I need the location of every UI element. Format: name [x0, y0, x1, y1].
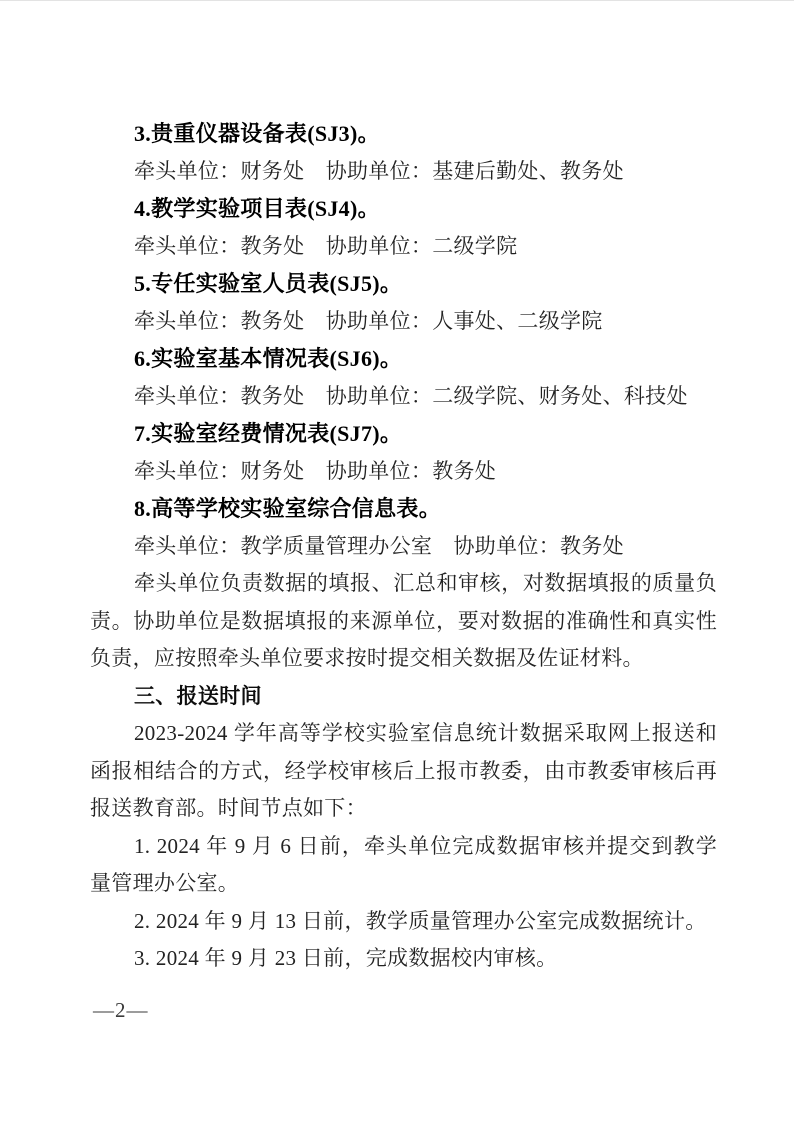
- table-item-3-units: 牵头单位：财务处 协助单位：基建后勤处、教务处: [90, 153, 717, 191]
- responsibility-paragraph-line: 责。协助单位是数据填报的来源单位，要对数据的准确性和真实性: [90, 603, 717, 641]
- page-number: —2—: [93, 995, 149, 1025]
- document-page: { "document": { "page_number": "—2—" }, …: [0, 0, 794, 1122]
- table-item-6-title: 6.实验室基本情况表(SJ6)。: [90, 340, 717, 378]
- responsibility-paragraph-line: 牵头单位负责数据的填报、汇总和审核，对数据填报的质量负: [90, 565, 717, 603]
- submission-intro-line: 函报相结合的方式，经学校审核后上报市教委，由市教委审核后再: [90, 753, 717, 791]
- responsibility-paragraph-line: 负责，应按照牵头单位要求按时提交相关数据及佐证材料。: [90, 640, 717, 678]
- table-item-7-title: 7.实验室经费情况表(SJ7)。: [90, 415, 717, 453]
- table-item-8-title: 8.高等学校实验室综合信息表。: [90, 490, 717, 528]
- table-item-4-units: 牵头单位：教务处 协助单位：二级学院: [90, 228, 717, 266]
- deadline-item-1-line: 量管理办公室。: [90, 865, 717, 903]
- page-top-edge: [0, 0, 794, 1]
- submission-intro-line: 报送教育部。时间节点如下：: [90, 790, 717, 828]
- table-item-7-units: 牵头单位：财务处 协助单位：教务处: [90, 453, 717, 491]
- deadline-item-2-line: 2. 2024 年 9 月 13 日前，教学质量管理办公室完成数据统计。: [90, 903, 717, 941]
- deadline-item-1-line: 1. 2024 年 9 月 6 日前，牵头单位完成数据审核并提交到教学质: [90, 828, 717, 866]
- table-item-5-units: 牵头单位：教务处 协助单位：人事处、二级学院: [90, 303, 717, 341]
- submission-intro-line: 2023-2024 学年高等学校实验室信息统计数据采取网上报送和: [90, 715, 717, 753]
- section-heading-submission-time: 三、报送时间: [90, 678, 717, 716]
- table-item-3-title: 3.贵重仪器设备表(SJ3)。: [90, 115, 717, 153]
- table-item-6-units: 牵头单位：教务处 协助单位：二级学院、财务处、科技处: [90, 378, 717, 416]
- deadline-item-3-line: 3. 2024 年 9 月 23 日前，完成数据校内审核。: [90, 940, 717, 978]
- document-body: 3.贵重仪器设备表(SJ3)。 牵头单位：财务处 协助单位：基建后勤处、教务处 …: [90, 115, 717, 978]
- table-item-5-title: 5.专任实验室人员表(SJ5)。: [90, 265, 717, 303]
- table-item-4-title: 4.教学实验项目表(SJ4)。: [90, 190, 717, 228]
- table-item-8-units: 牵头单位：教学质量管理办公室 协助单位：教务处: [90, 528, 717, 566]
